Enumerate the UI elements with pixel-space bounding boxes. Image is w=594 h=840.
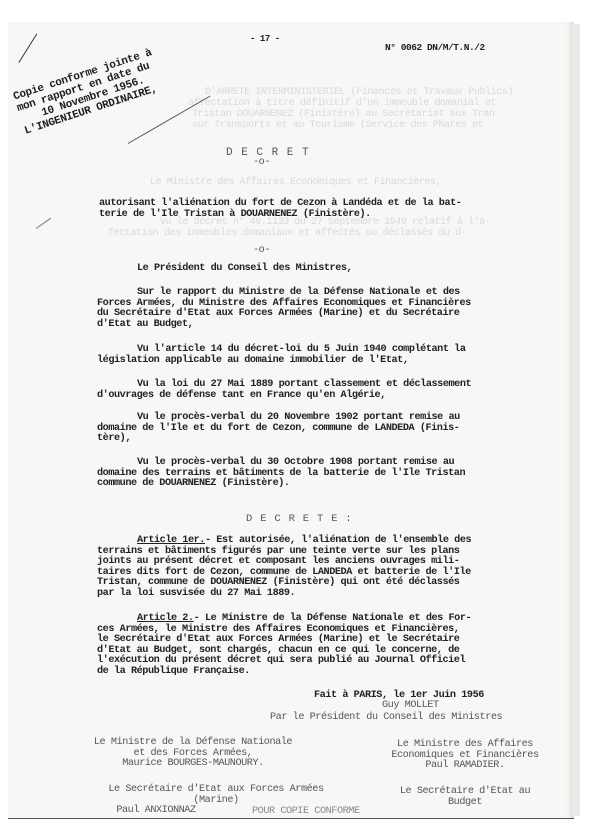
bleed-through-line: fectation des immeubles domaniaux et aff… [108,229,466,240]
bleed-through-line: affectation à titre définitif d'un immeu… [188,99,496,110]
section-separator: -o- [253,246,270,257]
article-2: Article 2.- Le Ministre de la Défense Na… [97,614,471,677]
article-label: Article 1er. [137,535,205,546]
bleed-through-line: Le Ministre des Affaires Economiques et … [150,178,441,189]
decree-subtitle: autorisant l'aliénation du fort de Cezon… [99,199,461,220]
bleed-through-line: D'ARRETE INTERMINISTERIEL (Finances et T… [205,88,513,99]
reference-number: N° 0062 DN/M/T.N./2 [385,43,485,54]
preamble-intro: Le Président du Conseil des Ministres, [137,264,352,275]
consideration-paragraph: Sur le rapport du Ministre de la Défense… [97,288,471,330]
consideration-paragraph: Vu le procès-verbal du 30 Octobre 1908 p… [97,458,465,490]
co-signer-finance: Le Ministre des Affaires Economiques et … [370,740,560,772]
title-ornament: -o- [253,158,270,169]
page-edge-shadow [572,24,580,816]
co-signer-defense: Le Ministre de la Défense Nationale et d… [88,738,298,770]
article-1: Article 1er.- Est autorisée, l'aliénatio… [97,536,471,599]
page-number: - 17 - [250,34,280,45]
consideration-paragraph: Vu la loi du 27 Mai 1889 portant classem… [97,380,471,401]
decrete-heading: D E C R E T E : [246,514,353,525]
signer-role: Par le Président du Conseil des Ministre… [270,713,502,724]
co-signer-budget: Le Secrétaire d'Etat au Budget [380,787,550,808]
consideration-paragraph: Vu l'article 14 du décret-loi du 5 Juin … [97,345,465,366]
signer-name: Guy MOLLET [382,701,439,712]
cutoff-copy-text: POUR COPIE CONFORME [252,807,360,818]
article-label: Article 2. [137,613,194,624]
bleed-through-line: Tristan DOUARNENEZ (Finistère) au Secrét… [192,110,494,121]
bleed-through-line: sur Transports et au Tourisme (Service d… [192,121,483,132]
consideration-paragraph: Vu le procès-verbal du 20 Novembre 1902 … [97,413,460,445]
